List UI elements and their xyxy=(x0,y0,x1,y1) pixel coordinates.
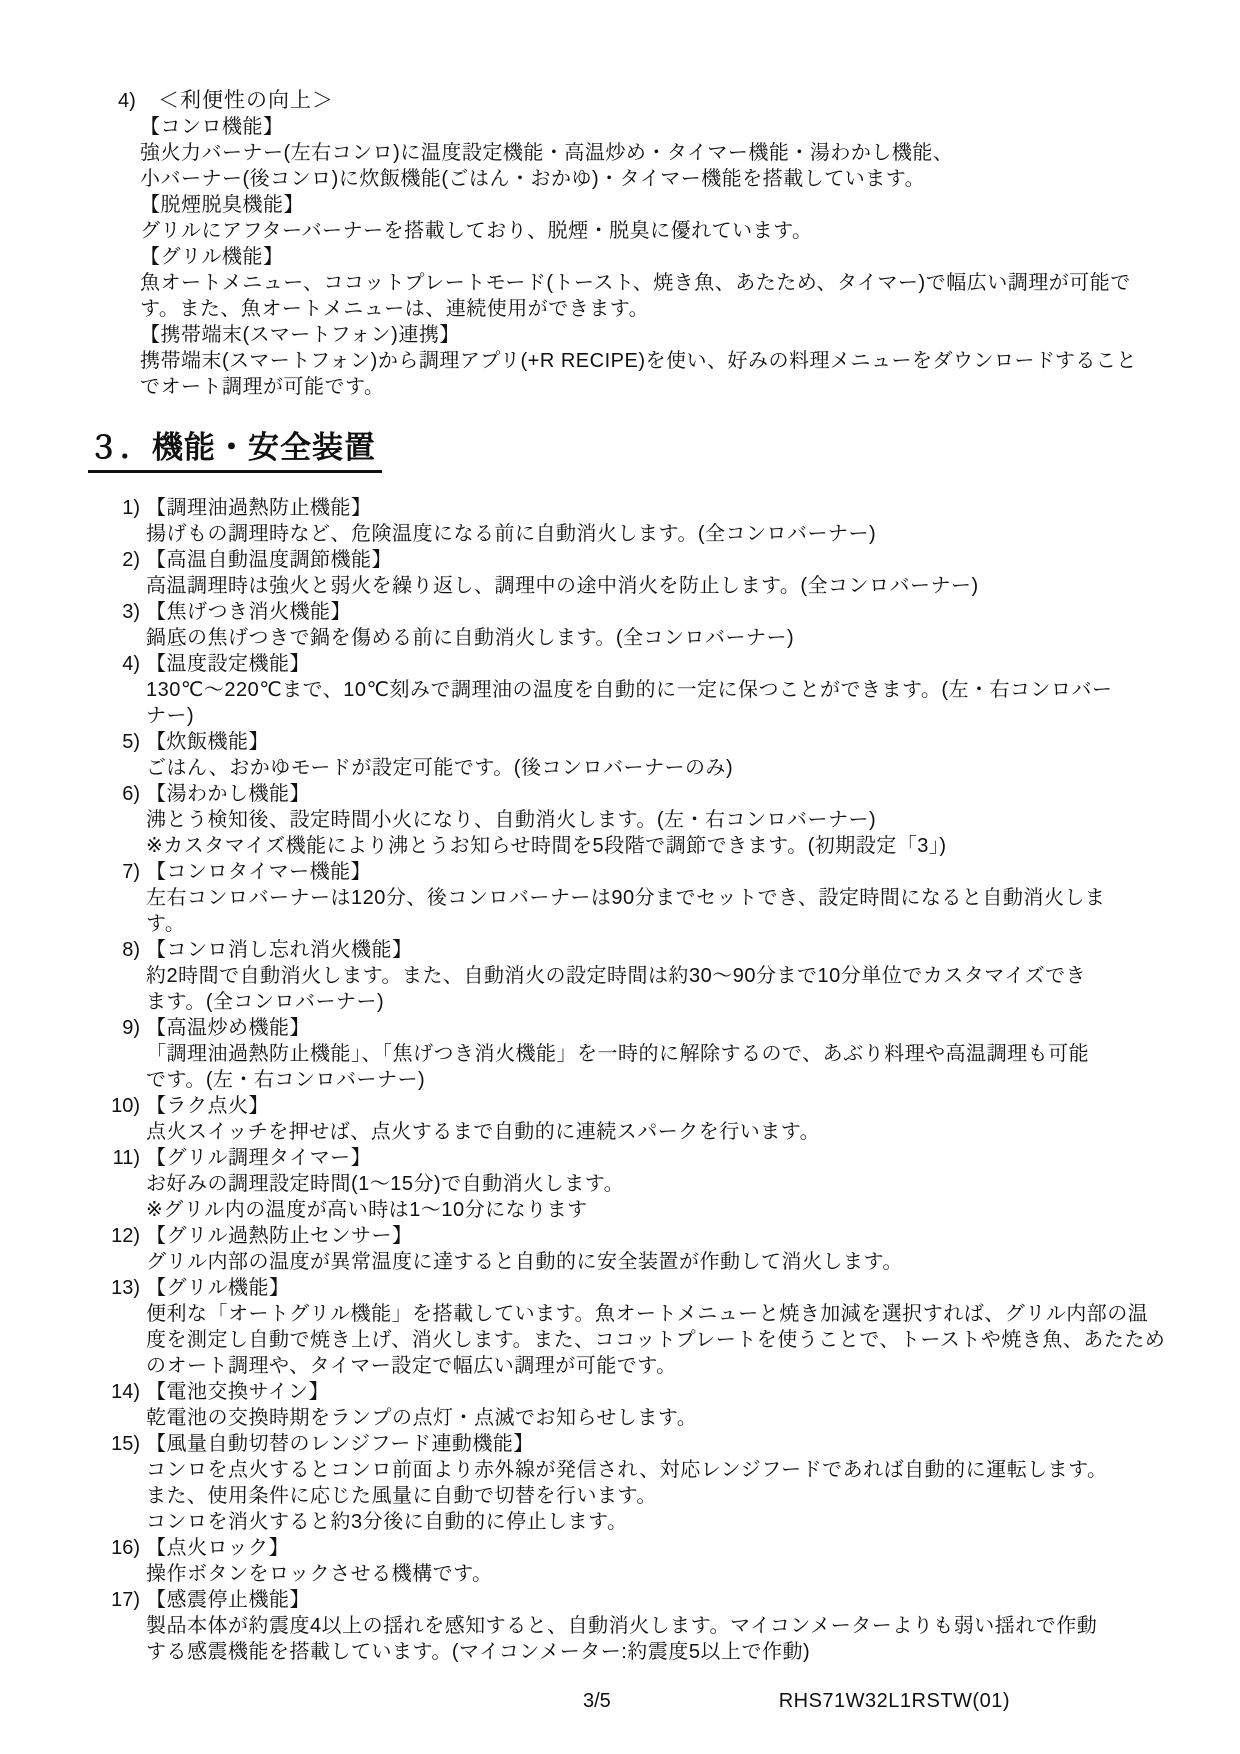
item-label: 【グリル機能】 xyxy=(146,1275,1165,1301)
feature-label: 【コンロ機能】 xyxy=(140,114,1144,140)
item-number: 4) xyxy=(104,651,140,677)
item-label: 【高温炒め機能】 xyxy=(146,1015,1089,1041)
item-text-line: 約2時間で自動消火します。また、自動消火の設定時間は約30～90分まで10分単位… xyxy=(146,963,1086,989)
feature-item: 10)【ラク点火】点火スイッチを押せば、点火するまで自動的に連続スパークを行いま… xyxy=(104,1093,1144,1145)
item-text-line: ナー) xyxy=(146,703,1113,729)
item-label: 【点火ロック】 xyxy=(146,1535,493,1561)
item-text-line: 「調理油過熱防止機能」、「焦げつき消火機能」を一時的に解除するので、あぶり料理や… xyxy=(146,1041,1089,1067)
item-label: 【風量自動切替のレンジフード連動機能】 xyxy=(146,1431,1108,1457)
item-body: 【感震停止機能】製品本体が約震度4以上の揺れを感知すると、自動消火します。マイコ… xyxy=(146,1587,1097,1665)
feature-item: 1)【調理油過熱防止機能】揚げもの調理時など、危険温度になる前に自動消火します。… xyxy=(104,495,1144,547)
item-text-line: ごはん、おかゆモードが設定可能です。(後コンロバーナーのみ) xyxy=(146,755,733,781)
feature-item: 7)【コンロタイマー機能】左右コンロバーナーは120分、後コンロバーナーは90分… xyxy=(104,859,1144,937)
item-body: 【湯わかし機能】沸とう検知後、設定時間小火になり、自動消火します。(左・右コンロ… xyxy=(146,781,947,859)
item-body: 【グリル機能】便利な「オートグリル機能」を搭載しています。魚オートメニューと焼き… xyxy=(146,1275,1165,1379)
item-body: 【炊飯機能】ごはん、おかゆモードが設定可能です。(後コンロバーナーのみ) xyxy=(146,729,733,781)
item-body: 【コンロ消し忘れ消火機能】約2時間で自動消火します。また、自動消火の設定時間は約… xyxy=(146,937,1086,1015)
item-text-line: 沸とう検知後、設定時間小火になり、自動消火します。(左・右コンロバーナー) xyxy=(146,807,947,833)
item-text-line: ※グリル内の温度が高い時は1～10分になります xyxy=(146,1197,624,1223)
item-label: 【感震停止機能】 xyxy=(146,1587,1097,1613)
item-text-line: 高温調理時は強火と弱火を繰り返し、調理中の途中消火を防止します。(全コンロバーナ… xyxy=(146,573,979,599)
item-number: 5) xyxy=(104,729,140,755)
item-label: 【ラク点火】 xyxy=(146,1093,820,1119)
feature-item: 9)【高温炒め機能】「調理油過熱防止機能」、「焦げつき消火機能」を一時的に解除す… xyxy=(104,1015,1144,1093)
item-label: 【調理油過熱防止機能】 xyxy=(146,495,876,521)
page-footer: 3/5 RHS71W32L1RSTW(01) xyxy=(0,1688,1240,1718)
feature-item: 13)【グリル機能】便利な「オートグリル機能」を搭載しています。魚オートメニュー… xyxy=(104,1275,1144,1379)
item-number: 6) xyxy=(104,781,140,807)
item-text-line: のオート調理や、タイマー設定で幅広い調理が可能です。 xyxy=(146,1353,1165,1379)
item-body: 【風量自動切替のレンジフード連動機能】コンロを点火するとコンロ前面より赤外線が発… xyxy=(146,1431,1108,1535)
item-label: 【グリル過熱防止センサー】 xyxy=(146,1223,903,1249)
item-number: 14) xyxy=(104,1379,140,1405)
item-label: 【グリル調理タイマー】 xyxy=(146,1145,624,1171)
item-number: 9) xyxy=(104,1015,140,1041)
feature-item: 11)【グリル調理タイマー】お好みの調理設定時間(1～15分)で自動消火します。… xyxy=(104,1145,1144,1223)
convenience-section: 4) ＜利便性の向上＞ 【コンロ機能】強火力バーナー(左右コンロ)に温度設定機能… xyxy=(104,88,1144,400)
item-number: 1) xyxy=(104,495,140,521)
item-body: 【電池交換サイン】乾電池の交換時期をランプの点灯・点滅でお知らせします。 xyxy=(146,1379,697,1431)
feature-item: 4)【温度設定機能】130℃～220℃まで、10℃刻みで調理油の温度を自動的に一… xyxy=(104,651,1144,729)
item-label: 【コンロ消し忘れ消火機能】 xyxy=(146,937,1086,963)
item-text-line: コンロを点火するとコンロ前面より赤外線が発信され、対応レンジフードであれば自動的… xyxy=(146,1457,1108,1483)
item-number: 3) xyxy=(104,599,140,625)
item-label: 【コンロタイマー機能】 xyxy=(146,859,1105,885)
item-number: 10) xyxy=(104,1093,140,1119)
convenience-number: 4) xyxy=(118,88,144,114)
section-heading: ３．機能・安全装置 xyxy=(88,428,1144,473)
item-number: 16) xyxy=(104,1535,140,1561)
item-label: 【高温自動温度調節機能】 xyxy=(146,547,979,573)
feature-label: 【グリル機能】 xyxy=(140,244,1144,270)
item-text-line: 操作ボタンをロックさせる機構です。 xyxy=(146,1561,493,1587)
item-text-line: 度を測定し自動で焼き上げ、消火します。また、ココットプレートを使うことで、トース… xyxy=(146,1327,1165,1353)
feature-text-line: グリルにアフターバーナーを搭載しており、脱煙・脱臭に優れています。 xyxy=(140,218,1144,244)
item-body: 【温度設定機能】130℃～220℃まで、10℃刻みで調理油の温度を自動的に一定に… xyxy=(146,651,1113,729)
feature-list: 1)【調理油過熱防止機能】揚げもの調理時など、危険温度になる前に自動消火します。… xyxy=(104,495,1144,1665)
item-label: 【電池交換サイン】 xyxy=(146,1379,697,1405)
item-body: 【グリル調理タイマー】お好みの調理設定時間(1～15分)で自動消火します。※グリ… xyxy=(146,1145,624,1223)
item-text-line: グリル内部の温度が異常温度に達すると自動的に安全装置が作動して消火します。 xyxy=(146,1249,903,1275)
document-page: 4) ＜利便性の向上＞ 【コンロ機能】強火力バーナー(左右コンロ)に温度設定機能… xyxy=(0,0,1240,1754)
item-number: 15) xyxy=(104,1431,140,1457)
item-number: 2) xyxy=(104,547,140,573)
feature-text-line: 小バーナー(後コンロ)に炊飯機能(ごはん・おかゆ)・タイマー機能を搭載しています… xyxy=(140,166,1144,192)
feature-label: 【脱煙脱臭機能】 xyxy=(140,192,1144,218)
feature-text-line: 携帯端末(スマートフォン)から調理アプリ(+R RECIPE)を使い、好みの料理… xyxy=(140,348,1144,374)
item-text-line: 揚げもの調理時など、危険温度になる前に自動消火します。(全コンロバーナー) xyxy=(146,521,876,547)
feature-item: 15)【風量自動切替のレンジフード連動機能】コンロを点火するとコンロ前面より赤外… xyxy=(104,1431,1144,1535)
convenience-blocks: 【コンロ機能】強火力バーナー(左右コンロ)に温度設定機能・高温炒め・タイマー機能… xyxy=(140,114,1144,400)
item-label: 【湯わかし機能】 xyxy=(146,781,947,807)
item-text-line: お好みの調理設定時間(1～15分)で自動消火します。 xyxy=(146,1171,624,1197)
item-body: 【コンロタイマー機能】左右コンロバーナーは120分、後コンロバーナーは90分まで… xyxy=(146,859,1105,937)
convenience-heading-row: 4) ＜利便性の向上＞ xyxy=(118,88,1144,114)
feature-text-line: でオート調理が可能です。 xyxy=(140,374,1144,400)
feature-item: 5)【炊飯機能】ごはん、おかゆモードが設定可能です。(後コンロバーナーのみ) xyxy=(104,729,1144,781)
item-text-line: す。 xyxy=(146,911,1105,937)
feature-item: 14)【電池交換サイン】乾電池の交換時期をランプの点灯・点滅でお知らせします。 xyxy=(104,1379,1144,1431)
item-text-line: 乾電池の交換時期をランプの点灯・点滅でお知らせします。 xyxy=(146,1405,697,1431)
item-text-line: 製品本体が約震度4以上の揺れを感知すると、自動消火します。マイコンメーターよりも… xyxy=(146,1613,1097,1639)
section-heading-text: ３．機能・安全装置 xyxy=(88,428,382,473)
feature-text-line: す。また、魚オートメニューは、連続使用ができます。 xyxy=(140,296,1144,322)
feature-text-line: 強火力バーナー(左右コンロ)に温度設定機能・高温炒め・タイマー機能・湯わかし機能… xyxy=(140,140,1144,166)
feature-item: 6)【湯わかし機能】沸とう検知後、設定時間小火になり、自動消火します。(左・右コ… xyxy=(104,781,1144,859)
item-label: 【炊飯機能】 xyxy=(146,729,733,755)
item-number: 13) xyxy=(104,1275,140,1301)
document-code: RHS71W32L1RSTW(01) xyxy=(779,1688,1010,1714)
item-text-line: 130℃～220℃まで、10℃刻みで調理油の温度を自動的に一定に保つことができま… xyxy=(146,677,1113,703)
feature-item: 8)【コンロ消し忘れ消火機能】約2時間で自動消火します。また、自動消火の設定時間… xyxy=(104,937,1144,1015)
item-body: 【グリル過熱防止センサー】グリル内部の温度が異常温度に達すると自動的に安全装置が… xyxy=(146,1223,903,1275)
item-text-line: です。(左・右コンロバーナー) xyxy=(146,1067,1089,1093)
item-text-line: 左右コンロバーナーは120分、後コンロバーナーは90分までセットでき、設定時間に… xyxy=(146,885,1105,911)
item-text-line: 点火スイッチを押せば、点火するまで自動的に連続スパークを行います。 xyxy=(146,1119,820,1145)
item-label: 【焦げつき消火機能】 xyxy=(146,599,794,625)
item-body: 【ラク点火】点火スイッチを押せば、点火するまで自動的に連続スパークを行います。 xyxy=(146,1093,820,1145)
item-text-line: 便利な「オートグリル機能」を搭載しています。魚オートメニューと焼き加減を選択すれ… xyxy=(146,1301,1165,1327)
item-number: 12) xyxy=(104,1223,140,1249)
item-number: 8) xyxy=(104,937,140,963)
item-text-line: ※カスタマイズ機能により沸とうお知らせ時間を5段階で調節できます。(初期設定「3… xyxy=(146,833,947,859)
item-text-line: コンロを消火すると約3分後に自動的に停止します。 xyxy=(146,1509,1108,1535)
item-body: 【高温自動温度調節機能】高温調理時は強火と弱火を繰り返し、調理中の途中消火を防止… xyxy=(146,547,979,599)
feature-item: 3)【焦げつき消火機能】鍋底の焦げつきで鍋を傷める前に自動消火します。(全コンロ… xyxy=(104,599,1144,651)
feature-item: 2)【高温自動温度調節機能】高温調理時は強火と弱火を繰り返し、調理中の途中消火を… xyxy=(104,547,1144,599)
item-body: 【点火ロック】操作ボタンをロックさせる機構です。 xyxy=(146,1535,493,1587)
feature-text-line: 魚オートメニュー、ココットプレートモード(トースト、焼き魚、あたため、タイマー)… xyxy=(140,270,1144,296)
feature-item: 17)【感震停止機能】製品本体が約震度4以上の揺れを感知すると、自動消火します。… xyxy=(104,1587,1144,1665)
page-number: 3/5 xyxy=(583,1688,611,1714)
item-text-line: ます。(全コンロバーナー) xyxy=(146,989,1086,1015)
item-text-line: 鍋底の焦げつきで鍋を傷める前に自動消火します。(全コンロバーナー) xyxy=(146,625,794,651)
feature-item: 12)【グリル過熱防止センサー】グリル内部の温度が異常温度に達すると自動的に安全… xyxy=(104,1223,1144,1275)
item-text-line: する感震機能を搭載しています。(マイコンメーター:約震度5以上で作動) xyxy=(146,1639,1097,1665)
convenience-title: ＜利便性の向上＞ xyxy=(158,88,334,114)
item-body: 【高温炒め機能】「調理油過熱防止機能」、「焦げつき消火機能」を一時的に解除するの… xyxy=(146,1015,1089,1093)
item-label: 【温度設定機能】 xyxy=(146,651,1113,677)
item-body: 【調理油過熱防止機能】揚げもの調理時など、危険温度になる前に自動消火します。(全… xyxy=(146,495,876,547)
item-body: 【焦げつき消火機能】鍋底の焦げつきで鍋を傷める前に自動消火します。(全コンロバー… xyxy=(146,599,794,651)
item-number: 7) xyxy=(104,859,140,885)
item-number: 11) xyxy=(104,1145,140,1171)
item-number: 17) xyxy=(104,1587,140,1613)
feature-item: 16)【点火ロック】操作ボタンをロックさせる機構です。 xyxy=(104,1535,1144,1587)
feature-label: 【携帯端末(スマートフォン)連携】 xyxy=(140,322,1144,348)
item-text-line: また、使用条件に応じた風量に自動で切替を行います。 xyxy=(146,1483,1108,1509)
